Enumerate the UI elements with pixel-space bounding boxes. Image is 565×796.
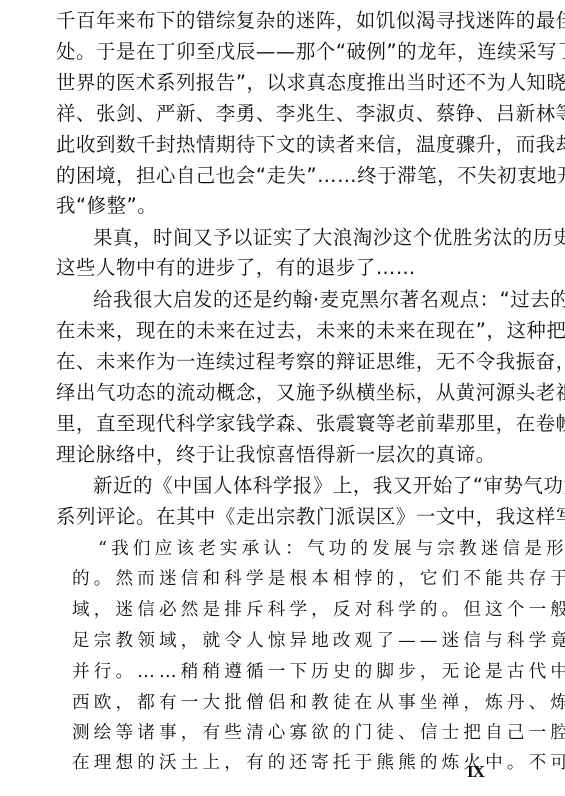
quote-line: 足宗教领域，就令人惊异地改观了——迷信与科学竟然携手 xyxy=(72,629,565,653)
text-line: 千百年来布下的错综复杂的迷阵，如饥似渴寻找迷阵的最佳入口 xyxy=(56,9,565,33)
text-line: 祥、张剑、严新、李勇、李兆生、李淑贞、蔡铮、吕新林等等气功师，由 xyxy=(56,102,565,126)
text-line: 的困境，担心自己也会“走失”……终于滞笔，不失初衷地开始了自 xyxy=(56,164,565,188)
quote-first-line: “我们应该老实承认：气功的发展与宗教迷信是形影相随 xyxy=(98,537,565,561)
text-line: 这些人物中有的进步了，有的退步了…… xyxy=(56,256,416,280)
text-line: 世界的医术系列报告”，以求真态度推出当时还不为人知晓的张维 xyxy=(56,71,565,95)
text-line: 理论脉络中，终于让我惊喜悟得新一层次的真谛。 xyxy=(56,443,496,467)
book-page: 千百年来布下的错综复杂的迷阵，如饥似渴寻找迷阵的最佳入口 处。于是在丁卯至戊辰—… xyxy=(0,0,565,796)
paragraph-first-line: 新近的《中国人体科学报》上，我又开始了“审势气功大业”的 xyxy=(93,474,565,498)
quote-line: 并行。……稍稍遵循一下历史的脚步，无论是古代中国或古代 xyxy=(72,660,565,684)
text-line: 里，直至现代科学家钱学森、张震寰等老前辈那里，在卷帙浩繁的 xyxy=(56,412,565,436)
paragraph-first-line: 果真，时间又予以证实了大浪淘沙这个优胜劣汰的历史规律， xyxy=(93,226,565,250)
text-line: 在、未来作为一连续过程考察的辩证思维，无不令我振奋，于是演 xyxy=(56,350,565,374)
page-number: IX xyxy=(467,762,484,782)
text-line: 在未来，现在的未来在过去，未来的未来在现在”，这种把过去、现 xyxy=(56,319,565,343)
paragraph-first-line: 给我很大启发的还是约翰·麦克黑尔著名观点：“过去的未来 xyxy=(93,288,565,312)
quote-line: 在理想的沃土上，有的还寄托于熊熊的炼火中。不可否认的 xyxy=(72,751,565,775)
text-line: 系列评论。在其中《走出宗教门派误区》一文中，我这样写道： xyxy=(56,505,565,529)
text-line: 处。于是在丁卯至戊辰——那个“破例”的龙年，连续采写了“四维 xyxy=(56,40,565,64)
quote-line: 测绘等诸事，有些清心寡欲的门徒、信士把自己一腔热血抛洒 xyxy=(72,721,565,745)
quote-line: 西欧，都有一大批僧侣和教徒在从事坐禅，炼丹、炼金、观象、 xyxy=(72,691,565,715)
text-line: 绎出气功态的流动概念，又施予纵横坐标，从黄河源头老祖宗那 xyxy=(56,381,565,405)
quote-line: 的。然而迷信和科学是根本相悖的，它们不能共存于一个领 xyxy=(72,567,565,591)
text-line: 此收到数千封热情期待下文的读者来信，温度骤升，而我却陷入新 xyxy=(56,133,565,157)
quote-line: 域，迷信必然是排斥科学，反对科学的。但这个一般常识一涉 xyxy=(72,598,565,622)
text-line: 我“修整”。 xyxy=(56,194,157,218)
